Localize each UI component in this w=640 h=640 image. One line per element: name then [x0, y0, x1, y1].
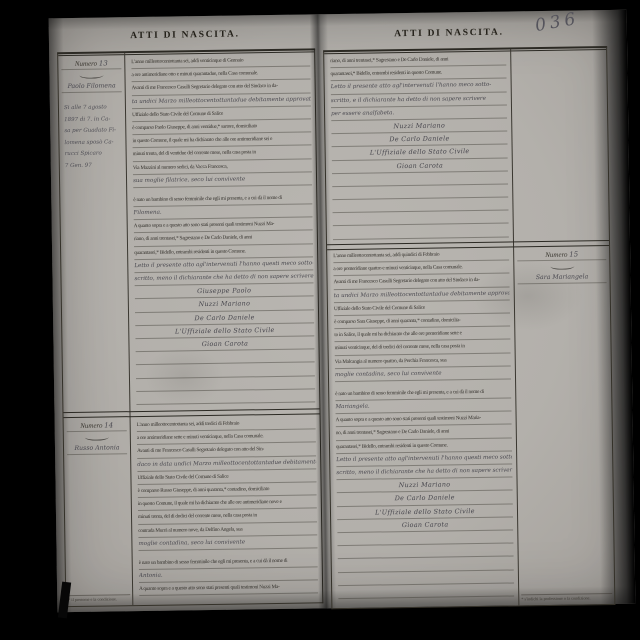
birth-act-15: L'anno milleottocentottanta sei, addì qu…	[333, 248, 514, 607]
birth-act-14: L'anno milleottocentottanta sei, addì tr…	[137, 416, 319, 604]
left-footnote: * il prenome e la condizione.	[68, 594, 130, 602]
flourish-mark	[550, 263, 574, 270]
entry-number-label: Numero 14	[67, 421, 127, 432]
numero-label: Numero	[75, 60, 97, 68]
flourish-mark	[79, 72, 103, 79]
left-page-form-frame: Numero 13 Paolo Filomena Si alle 7 agost…	[57, 48, 323, 607]
margin-entry-13: Numero 13 Paolo Filomena Si alle 7 agost…	[61, 59, 123, 172]
entry-number-label: Numero 15	[517, 250, 606, 261]
register-book-spread: ATTI DI NASCITA. Numero 13 Paolo Filomen…	[49, 10, 636, 613]
form-line	[139, 594, 318, 604]
right-margin-column: Numero 15 Sara Mariangela * s'indichi la…	[511, 48, 614, 605]
entry-number-label: Numero 13	[61, 59, 121, 70]
birth-act-13: L'anno milleottocentottanta sei, addì ve…	[131, 53, 315, 408]
right-footnote: * s'indichi la professione o la condizio…	[521, 593, 612, 602]
margin-annotation-line: Si alle 7 agosto	[64, 102, 122, 114]
margin-entry-14: Numero 14 Russo Antonia	[67, 421, 127, 455]
margin-annotation-line: rucci Spicaro	[65, 148, 123, 160]
numero-label: Numero	[80, 422, 102, 430]
numero-label: Numero	[545, 251, 567, 259]
margin-annotation-line: 1897 di 7. in Ca-	[64, 114, 122, 126]
form-line	[338, 596, 514, 606]
right-page-form-frame: riano, di anni trentasei,* Sagrestano e …	[323, 46, 615, 609]
margin-annotation-line: 7 Gen. 97	[65, 160, 123, 172]
right-main-column: riano, di anni trentasei,* Sagrestano e …	[324, 49, 519, 608]
entry-number: 15	[569, 250, 578, 258]
registrant-name: Paolo Filomena	[62, 79, 122, 93]
entry-number: 14	[104, 421, 113, 429]
registrant-name: Sara Mariangela	[517, 270, 606, 284]
margin-entry-15: Numero 15 Sara Mariangela	[517, 250, 606, 284]
birth-act-14-continuation: riano, di anni trentasei,* Sagrestano e …	[330, 53, 509, 242]
margin-annotation-line: sa per Guadato Fi-	[64, 125, 122, 137]
registrant-name: Russo Antonia	[67, 441, 127, 455]
left-main-column: L'anno milleottocentottanta sei, addì ve…	[125, 50, 322, 605]
margin-annotation: Si alle 7 agosto1897 di 7. in Ca-sa per …	[62, 102, 123, 172]
margin-annotation-line: lomena sposò Ca-	[64, 137, 122, 149]
page-title-right: ATTI DI NASCITA.	[349, 27, 549, 40]
entry-number: 13	[99, 59, 108, 67]
left-margin-column: Numero 13 Paolo Filomena Si alle 7 agost…	[58, 53, 133, 606]
handwritten-page-number: 036	[534, 1, 626, 36]
scanned-register-photo: { "left_page": { "header": "ATTI DI NASC…	[0, 0, 640, 640]
page-title-left: ATTI DI NASCITA.	[85, 29, 285, 42]
flourish-mark	[85, 433, 109, 440]
